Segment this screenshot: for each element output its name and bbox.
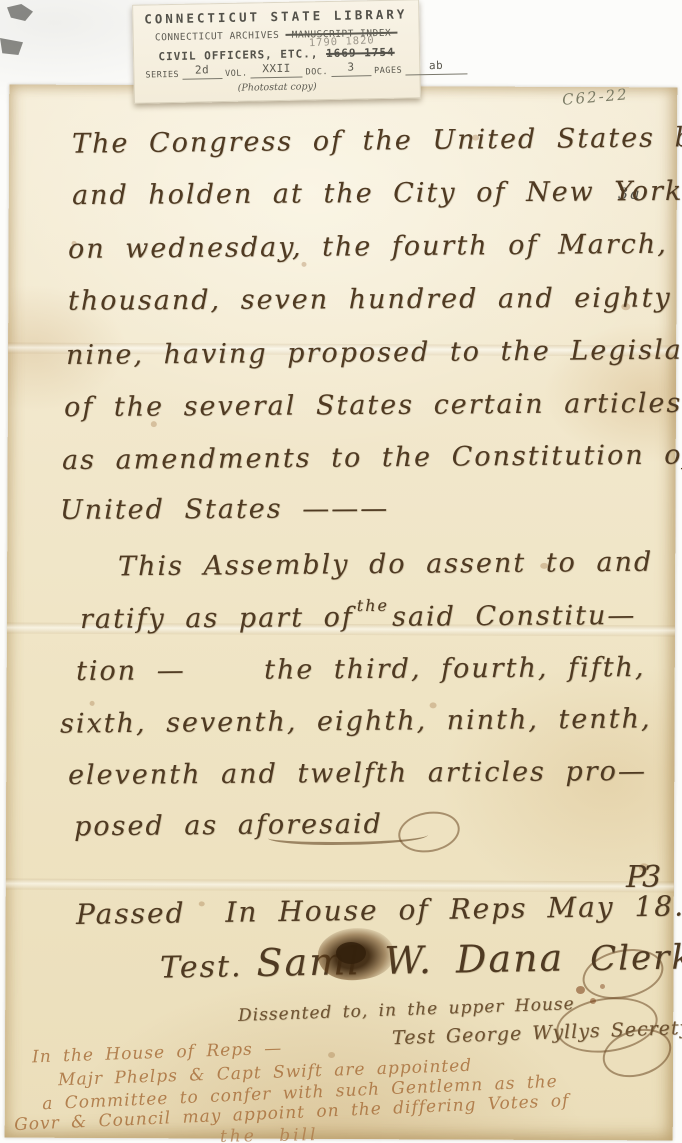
manuscript-line: tion — the third, fourth, fifth, [76,652,646,687]
label-archives-line: CONNECTICUT ARCHIVES —MANUSCRIPT INDEX— [133,27,420,44]
doc-value: 3 [331,62,371,77]
manuscript-line: as amendments to the Constitution of the [62,439,682,476]
manuscript-line: posed as aforesaid [74,809,383,843]
doc-label: DOC. [306,67,329,77]
ink-blot [336,942,366,964]
vol-label: VOL. [225,69,248,79]
manuscript-line: nine, having proposed to the Legislature… [66,334,682,371]
clerk-attestation-line: Test.Saml W. DanaClerk [160,933,682,986]
manuscript-line: of the several States certain articles [64,388,682,423]
manuscript-text: said Constitu— [392,600,637,633]
pages-value: ab [405,60,467,75]
inserted-word: the [357,596,389,615]
label-series-line: SERIES 2d VOL. XXII DOC. 3 PAGES ab [145,61,410,80]
manuscript-line: The Congress of the United States begun [72,121,682,159]
pages-label: PAGES [374,66,402,77]
manuscript-line: ratify as part ofthesaid Constitu— [80,600,637,635]
dana-signature: Saml W. Dana [256,936,565,985]
document-photo: CONNECTICUT STATE LIBRARY CONNECTICUT AR… [0,0,682,1143]
scan-artifact-mark [7,4,33,21]
stain-spot [90,701,95,706]
manuscript-text: ratify as part of [80,602,354,635]
manuscript-line: United States ——— [60,493,389,526]
test-label: Test. [160,949,243,985]
ink-splatter [600,984,605,989]
series-label: SERIES [145,70,179,81]
label-struck-dates: 1669-1754 [326,46,395,60]
label-title: CONNECTICUT STATE LIBRARY [132,6,419,27]
manuscript-line: on wednesday, the fourth of March, one [68,228,682,265]
label-collection-text: CIVIL OFFICERS, ETC., [158,47,326,63]
clerk-label: Clerk [590,937,682,979]
manuscript-line: eleventh and twelfth articles pro— [68,756,647,791]
archive-label-card: CONNECTICUT STATE LIBRARY CONNECTICUT AR… [132,0,421,104]
stain-spot [328,1052,335,1058]
scan-artifact-mark [0,38,23,55]
label-collection-line: CIVIL OFFICERS, ETC., 1669-1754 [133,45,420,64]
manuscript-line: This Assembly do assent to and [118,547,653,583]
manuscript-line: thousand, seven hundred and eighty — [68,282,682,316]
ink-splatter [590,998,596,1004]
vol-value: XXII [250,64,302,79]
marginal-note-line: the bill [220,1125,319,1143]
label-archives-text: CONNECTICUT ARCHIVES [155,30,286,44]
manuscript-line: sixth, seventh, eighth, ninth, tenth, [60,703,652,739]
photostat-note: (Photostat copy) [134,79,421,96]
ink-splatter [576,986,585,994]
series-value: 2d [182,65,222,80]
manuscript-line: and holden at the City of New York, [72,176,682,211]
